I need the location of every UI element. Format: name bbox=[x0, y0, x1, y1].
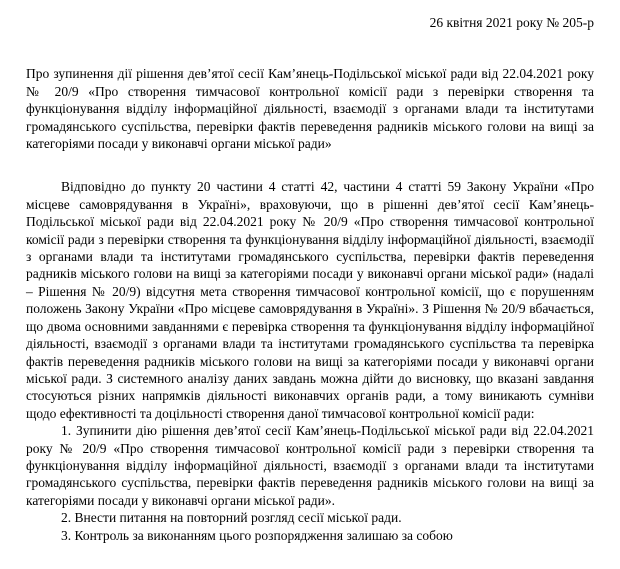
document-page: 26 квітня 2021 року № 205-р Про зупиненн… bbox=[0, 0, 620, 569]
resolution-item-3: 3. Контроль за виконанням цього розпоряд… bbox=[26, 527, 594, 544]
resolution-item-1: 1. Зупинити дію рішення дев’ятої сесії К… bbox=[26, 422, 594, 509]
date-number-line: 26 квітня 2021 року № 205-р bbox=[26, 14, 594, 31]
resolution-item-2: 2. Внести питання на повторний розгляд с… bbox=[26, 509, 594, 526]
document-title-paragraph: Про зупинення дії рішення дев’ятої сесії… bbox=[26, 65, 594, 152]
intro-paragraph: Відповідно до пункту 20 частини 4 статті… bbox=[26, 178, 594, 422]
